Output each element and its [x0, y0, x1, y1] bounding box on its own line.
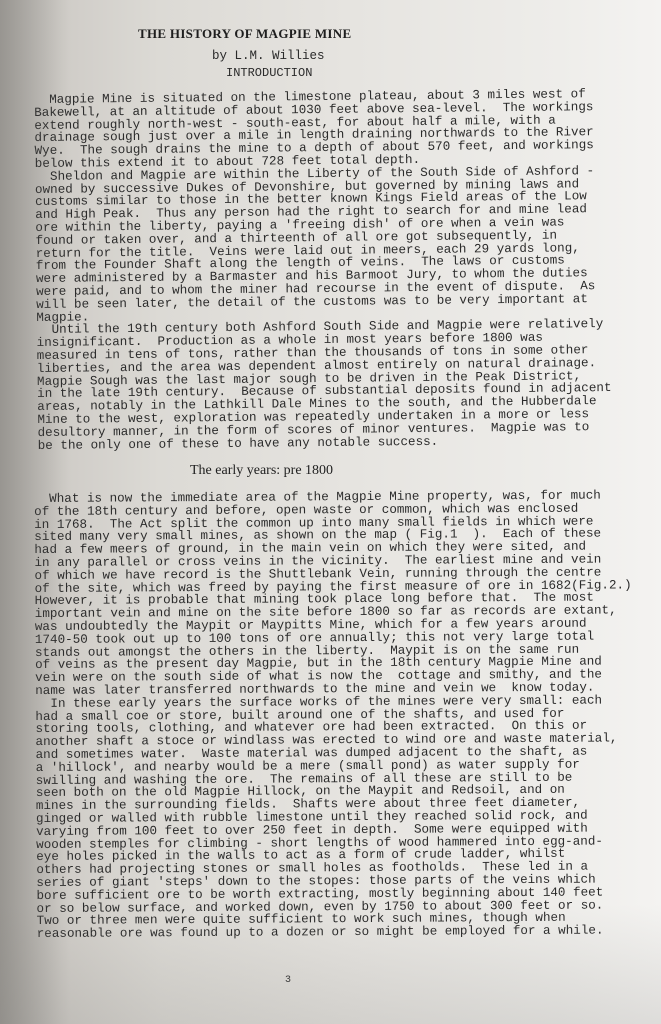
page-number: 3: [285, 975, 291, 986]
text-line: reasonable ore was found up to a dozen o…: [37, 924, 657, 941]
introduction-body: Magpie Mine is situated on the limestone…: [34, 88, 658, 453]
document-title: THE HISTORY OF MAGPIE MINE: [138, 26, 351, 42]
document-page: THE HISTORY OF MAGPIE MINE by L.M. Willi…: [0, 0, 661, 1024]
author-byline: by L.M. Willies: [212, 49, 325, 63]
section-heading-early-years: The early years: pre 1800: [190, 463, 333, 479]
early-years-body: What is now the immediate area of the Ma…: [34, 489, 657, 941]
introduction-heading: INTRODUCTION: [226, 66, 312, 80]
